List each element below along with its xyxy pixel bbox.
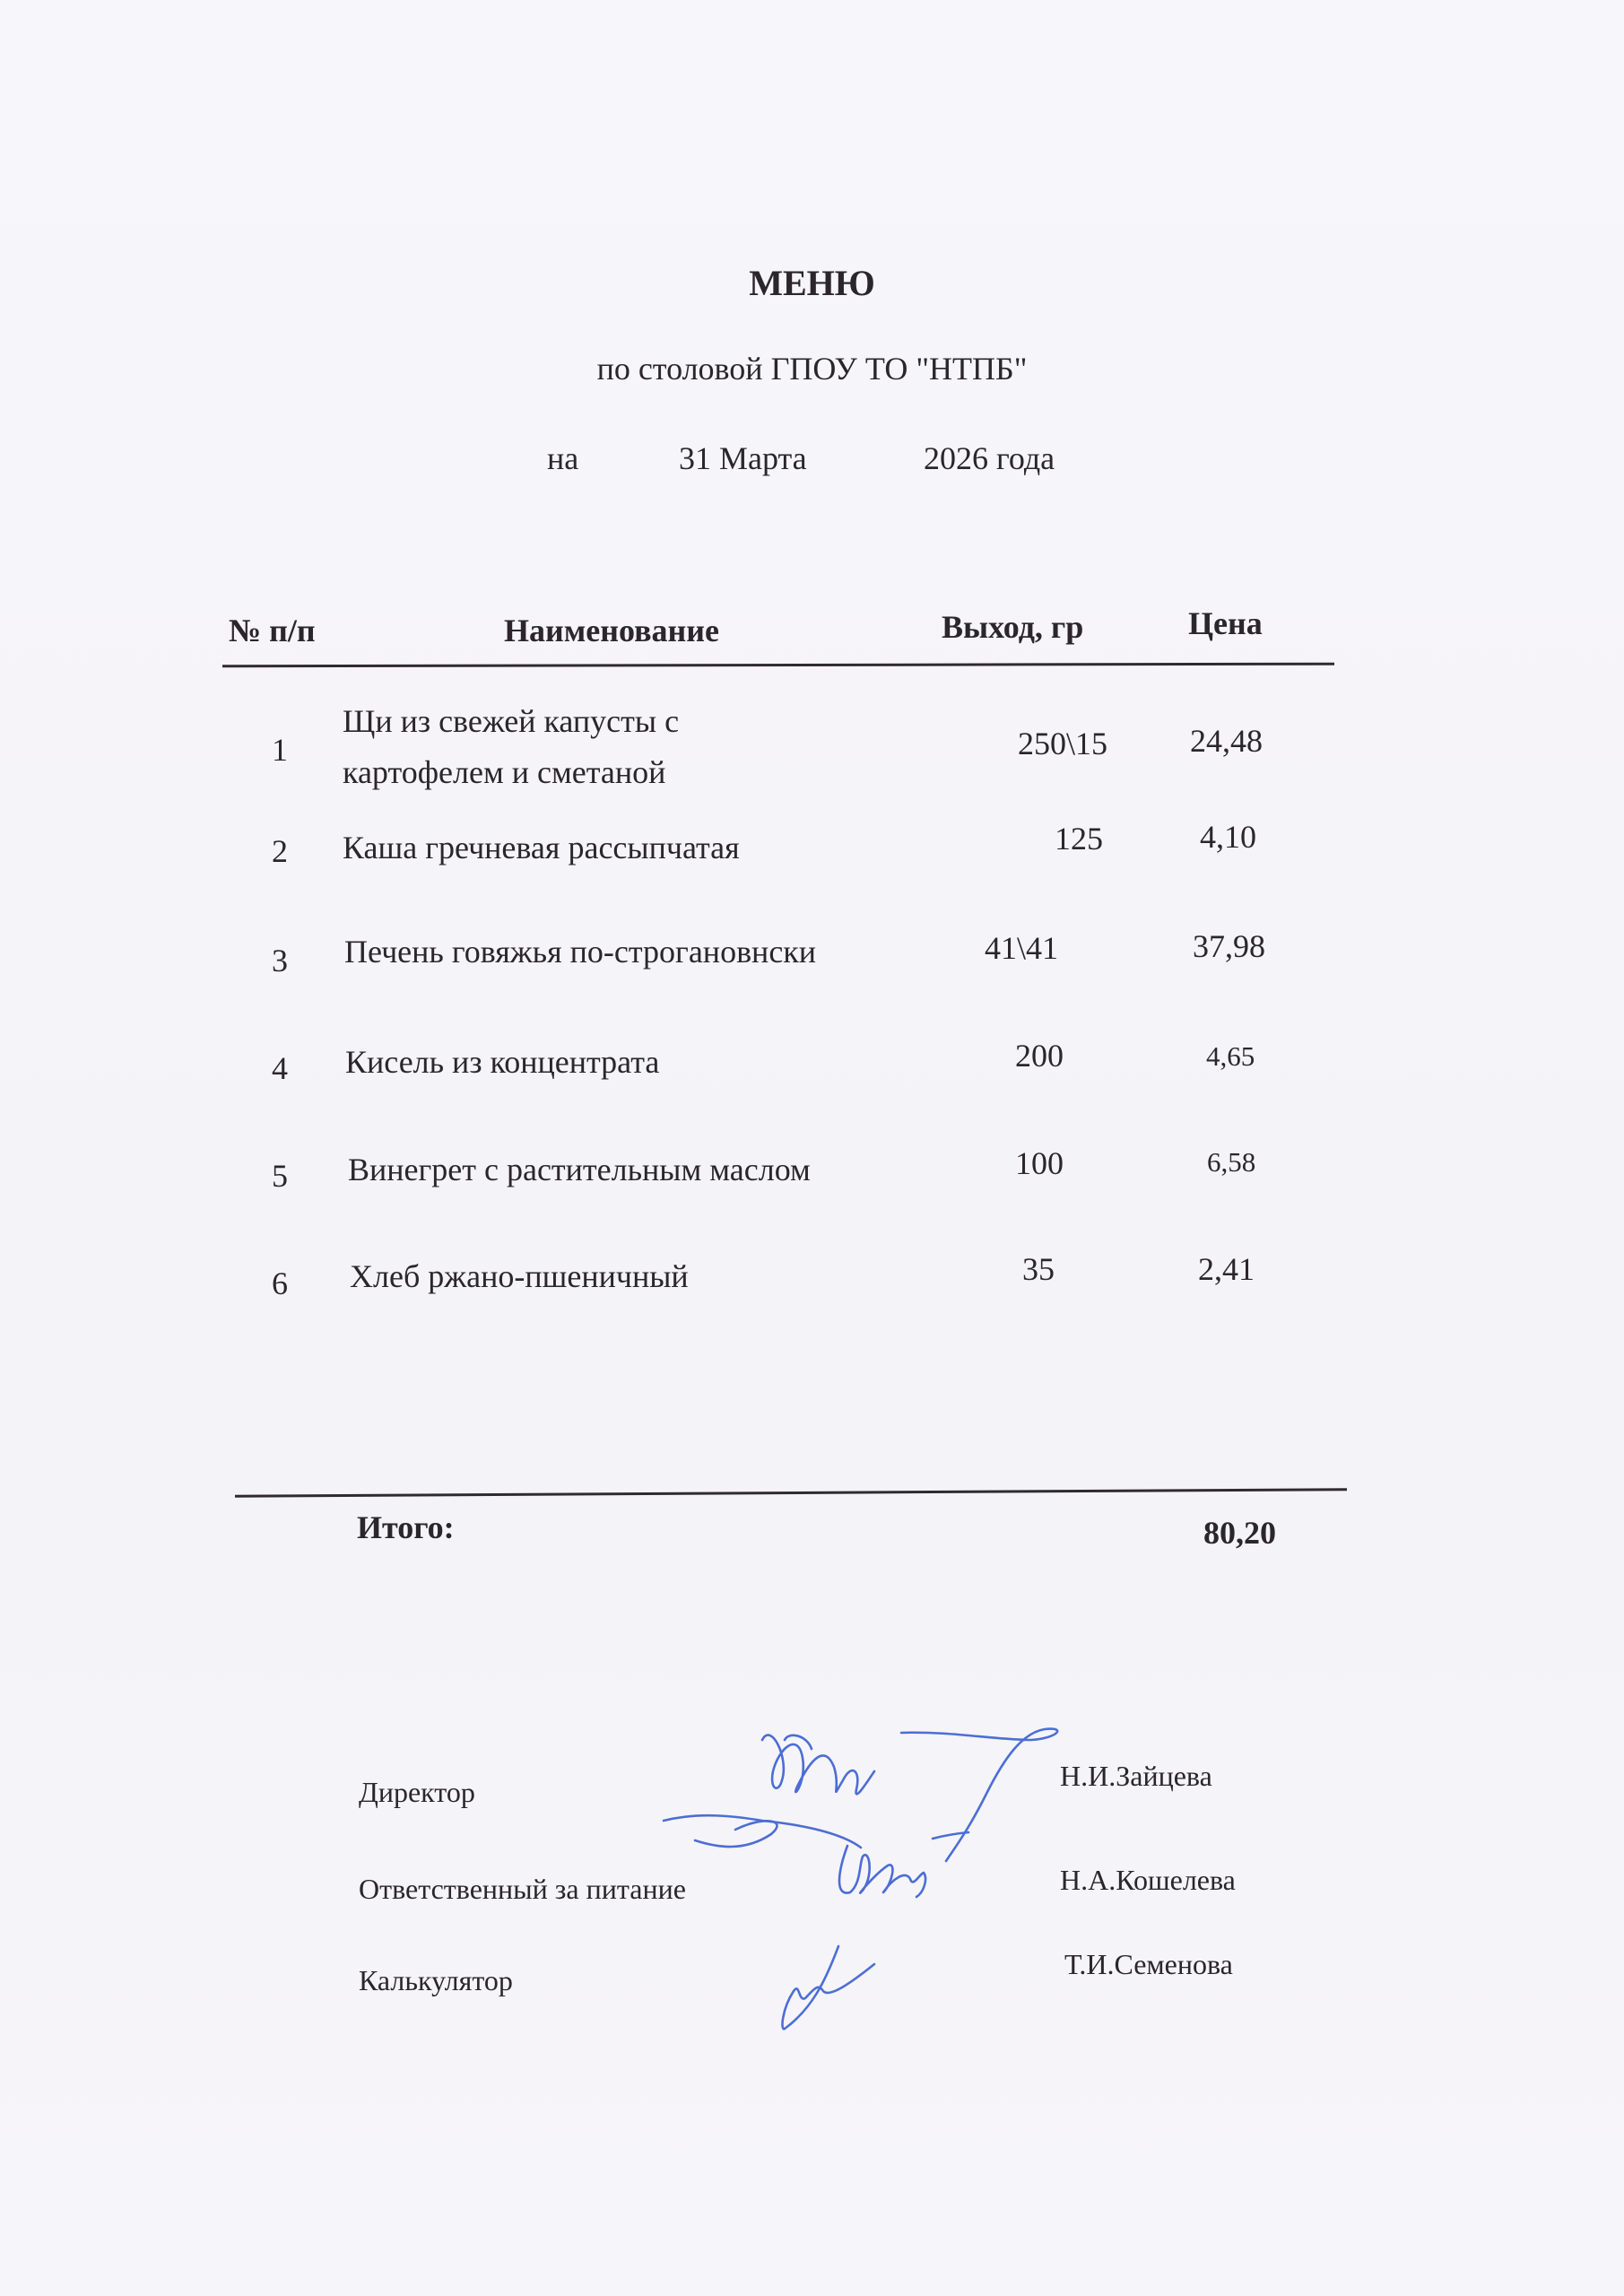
header-divider [222,663,1334,668]
row-yield: 250\15 [1018,725,1107,762]
row-yield: 100 [1015,1144,1064,1182]
date-prefix: на [547,439,578,477]
signature-role: Ответственный за питание [359,1873,686,1906]
row-yield: 200 [1015,1037,1064,1074]
row-number: 5 [272,1157,288,1195]
row-yield: 125 [1055,820,1103,857]
row-price: 2,41 [1198,1250,1255,1288]
document-page: МЕНЮ по столовой ГПОУ ТО "НТПБ" на 31 Ма… [0,0,1624,2296]
signature-role: Директор [359,1776,475,1809]
row-price: 24,48 [1190,722,1263,760]
column-header-price: Цена [1188,604,1263,642]
total-value: 80,20 [1203,1514,1276,1552]
document-subtitle: по столовой ГПОУ ТО "НТПБ" [0,350,1624,387]
row-price: 4,65 [1206,1040,1255,1073]
row-name: Каша гречневая рассыпчатая [343,829,740,866]
row-name: Винегрет с растительным маслом [348,1151,811,1188]
row-number: 2 [272,832,288,870]
row-name: Щи из свежей капусты с [343,702,679,740]
row-yield: 35 [1022,1250,1055,1288]
handwritten-signatures [0,0,1624,2296]
row-price: 4,10 [1200,818,1256,856]
row-price: 37,98 [1193,927,1265,965]
signature-name: Н.А.Кошелева [1060,1864,1236,1897]
column-header-yield: Выход, гр [942,608,1083,646]
signature-role: Калькулятор [359,1964,513,1997]
row-number: 3 [272,942,288,979]
total-label: Итого: [357,1509,455,1546]
row-name-continued: картофелем и сметаной [343,753,665,791]
row-number: 4 [272,1049,288,1087]
row-number: 6 [272,1265,288,1302]
row-price: 6,58 [1207,1146,1255,1178]
date-day-month: 31 Марта [679,439,807,477]
signature-name: Н.И.Зайцева [1060,1760,1212,1793]
row-name: Хлеб ржано-пшеничный [350,1257,689,1295]
row-name: Кисель из концентрата [345,1043,659,1081]
row-number: 1 [272,731,288,769]
row-name: Печень говяжья по-строгановнски [344,933,816,970]
row-yield: 41\41 [985,929,1058,967]
date-year: 2026 года [924,439,1055,477]
column-header-name: Наименование [504,612,719,649]
column-header-number: № п/п [229,612,316,649]
signature-name: Т.И.Семенова [1064,1948,1233,1981]
total-divider [235,1488,1347,1498]
document-title: МЕНЮ [0,262,1624,304]
